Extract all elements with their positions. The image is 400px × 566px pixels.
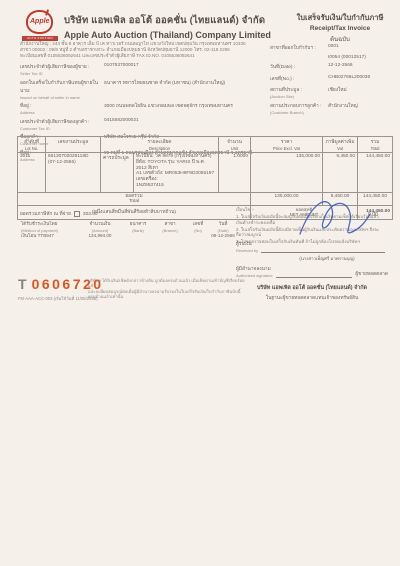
cell-vat: 9,450.00 [323, 153, 358, 193]
meta-date: วันที่(Date) : 12-12-2566 [270, 63, 394, 71]
payment-method-table: ได้รับชำระเงินโดย(Method of payment) จำน… [20, 221, 236, 240]
payment-bank-value [122, 233, 154, 240]
col-lot-no: ลำดับที่Lot No. [18, 137, 46, 153]
company-name-block: บริษัท แอพเพิล ออโต้ ออคชั่น (ไทยแลนด์) … [64, 13, 271, 40]
address-line-3: ทะเบียนเลขที่ 0105536092641 และเลขประจำต… [20, 53, 272, 59]
cell-lot: 3011 [18, 153, 46, 193]
auctioneer-label: ผู้ขายทอดตลาด [355, 270, 388, 278]
payment-branch-value [154, 233, 186, 240]
col-vat: ภาษีมูลค่าเพิ่มVat [323, 137, 358, 153]
signature-company-role: ในฐานะผู้ขายทอดตลาดแทนเจ้าของทรัพย์สิน [236, 294, 388, 302]
apple-logo-icon: Apple [26, 10, 53, 34]
form-code: FM-AAA-ACC-003 (เริ่มใช้วันที่ 11/05/256… [18, 295, 98, 302]
table-header-row: ลำดับที่Lot No. เลขงานประมูล รายละเอียดD… [18, 137, 393, 153]
cell-item-type: ค่ารถประมูล [101, 153, 134, 193]
seller-address-row: ที่อยู่ :Address 3000 ถนนพหลโยธิน แขวงจอ… [20, 102, 266, 115]
payment-date-value: 09-12-2566 [210, 233, 236, 240]
total-label-cell: ยอดรวม Total [18, 193, 251, 206]
payment-col-bank: ธนาคาร(Bank) [122, 221, 154, 233]
company-address: สำนักงานใหญ่ : 444 ชั้น 8 อาคาร เอ็ม บี … [20, 41, 272, 59]
col-total: รวมTotal [358, 137, 393, 153]
receipt-document: Apple AUTO AUCTION บริษัท แอพเพิล ออโต้ … [0, 0, 400, 566]
table-row: 3011 66130702026118D (07-12-2566) ค่ารถป… [18, 153, 393, 193]
signature-company-name: บริษัท แอพเพิล ออโต้ ออคชั่น (ไทยแลนด์) … [236, 284, 388, 292]
serial-prefix: T [18, 276, 28, 292]
meta-number: เลขที่(No.) : CHB02766L200036 [270, 75, 394, 83]
payment-method-label: ได้รับชำระเงินโดย(Method of payment) [20, 221, 78, 233]
cell-unit: 1.0000 [219, 153, 251, 193]
meta-branch: สาขาที่ออกใบกำกับฯ : 0001 [270, 44, 394, 52]
cell-description: ทะเบียน: วค 9879 (กรุงเทพมหานคร) ยี่ห้อ:… [134, 153, 219, 193]
footer-fineprint: บริษัทฯ ได้รับเงิน/เช็คดังกล่าวข้างต้น ถ… [88, 278, 246, 300]
payment-no-value [186, 233, 210, 240]
document-title-block: ใบเสร็จรับเงิน/ใบกำกับภาษี Receipt/Tax I… [288, 12, 392, 44]
wht-checkbox [74, 211, 80, 217]
seller-tax-id-row: เลขประจำตัวผู้เสียภาษีของผู้ขาย :Seller … [20, 63, 266, 76]
receiver-name: (นางสาวเพ็ญศรี มาพรานบุญ) [266, 255, 388, 262]
meta-ref: I0054 (00012517) [270, 55, 394, 60]
col-unit: จำนวนUnit [219, 137, 251, 153]
payment-col-date: วันที่(Date) [210, 221, 236, 233]
withholding-tax-label: ยอดรวมภาษีหัก ณ ที่จ่าย [20, 210, 71, 218]
withholding-tax-value: 303.00 [83, 212, 98, 217]
authorized-signature-line [276, 272, 353, 278]
payment-header-row: ได้รับชำระเงินโดย(Method of payment) จำน… [20, 221, 236, 233]
authorized-row: ผู้มีอำนาจลงนามAuthorized signature ผู้ข… [236, 265, 388, 278]
customer-tax-id-row: เลขประจำตัวผู้เสียภาษีของลูกค้า :Custome… [20, 118, 266, 131]
col-description: รายละเอียดDescription [101, 137, 219, 153]
logo-script-text: Apple [30, 18, 49, 25]
payment-col-amount: จำนวนเงิน(Amount) [78, 221, 122, 233]
payment-col-no: เลขที่(No) [186, 221, 210, 233]
col-price: ราคาPrice Excl. Vat [251, 137, 323, 153]
signature-mark [294, 192, 376, 250]
cell-row-total: 144,450.00 [358, 153, 393, 193]
invoice-meta: สาขาที่ออกใบกำกับฯ : 0001 I0054 (0001251… [270, 44, 394, 118]
fineprint-line-2: และจะมีผลสมบูรณ์ต่อเมื่อผู้มีอำนาจลงนามร… [88, 289, 246, 300]
col-auction-no: เลขงานประมูล [46, 137, 101, 153]
withholding-tax-line: ยอดรวมภาษีหัก ณ ที่จ่าย 303.00 [20, 210, 236, 218]
payment-col-branch: สาขา(Branch) [154, 221, 186, 233]
payment-row: เงินโอน TTB947 134,994.00 09-12-2566 [20, 233, 236, 240]
issued-on-behalf-row: ออกใบเสร็จ/ใบกำกับภาษีแทนผู้ขายในนาม:Iss… [20, 79, 266, 100]
cell-price: 135,000.00 [251, 153, 323, 193]
document-title-th: ใบเสร็จรับเงิน/ใบกำกับภาษี [288, 12, 392, 24]
payment-method-value: เงินโอน TTB947 [20, 233, 78, 240]
payment-block: ยอดรวมภาษีหัก ณ ที่จ่าย 303.00 ได้รับชำร… [20, 210, 236, 240]
document-title-en: Receipt/Tax Invoice [288, 25, 392, 32]
meta-customer-branch: สถานประกอบการลูกค้า :(Customer Branch) ส… [270, 102, 394, 115]
copy-label: ต้นฉบับ [288, 34, 392, 44]
fineprint-line-1: บริษัทฯ ได้รับเงิน/เช็คดังกล่าวข้างต้น ถ… [88, 278, 246, 289]
payment-amount-value: 134,994.00 [78, 233, 122, 240]
meta-auction-site: สถานที่ประมูล :(Auction Site) เชียงใหม่ [270, 86, 394, 99]
cell-auction-no: 66130702026118D (07-12-2566) [46, 153, 101, 193]
company-name-en: Apple Auto Auction (Thailand) Company Li… [64, 30, 271, 40]
company-name-th: บริษัท แอพเพิล ออโต้ ออคชั่น (ไทยแลนด์) … [64, 13, 271, 28]
